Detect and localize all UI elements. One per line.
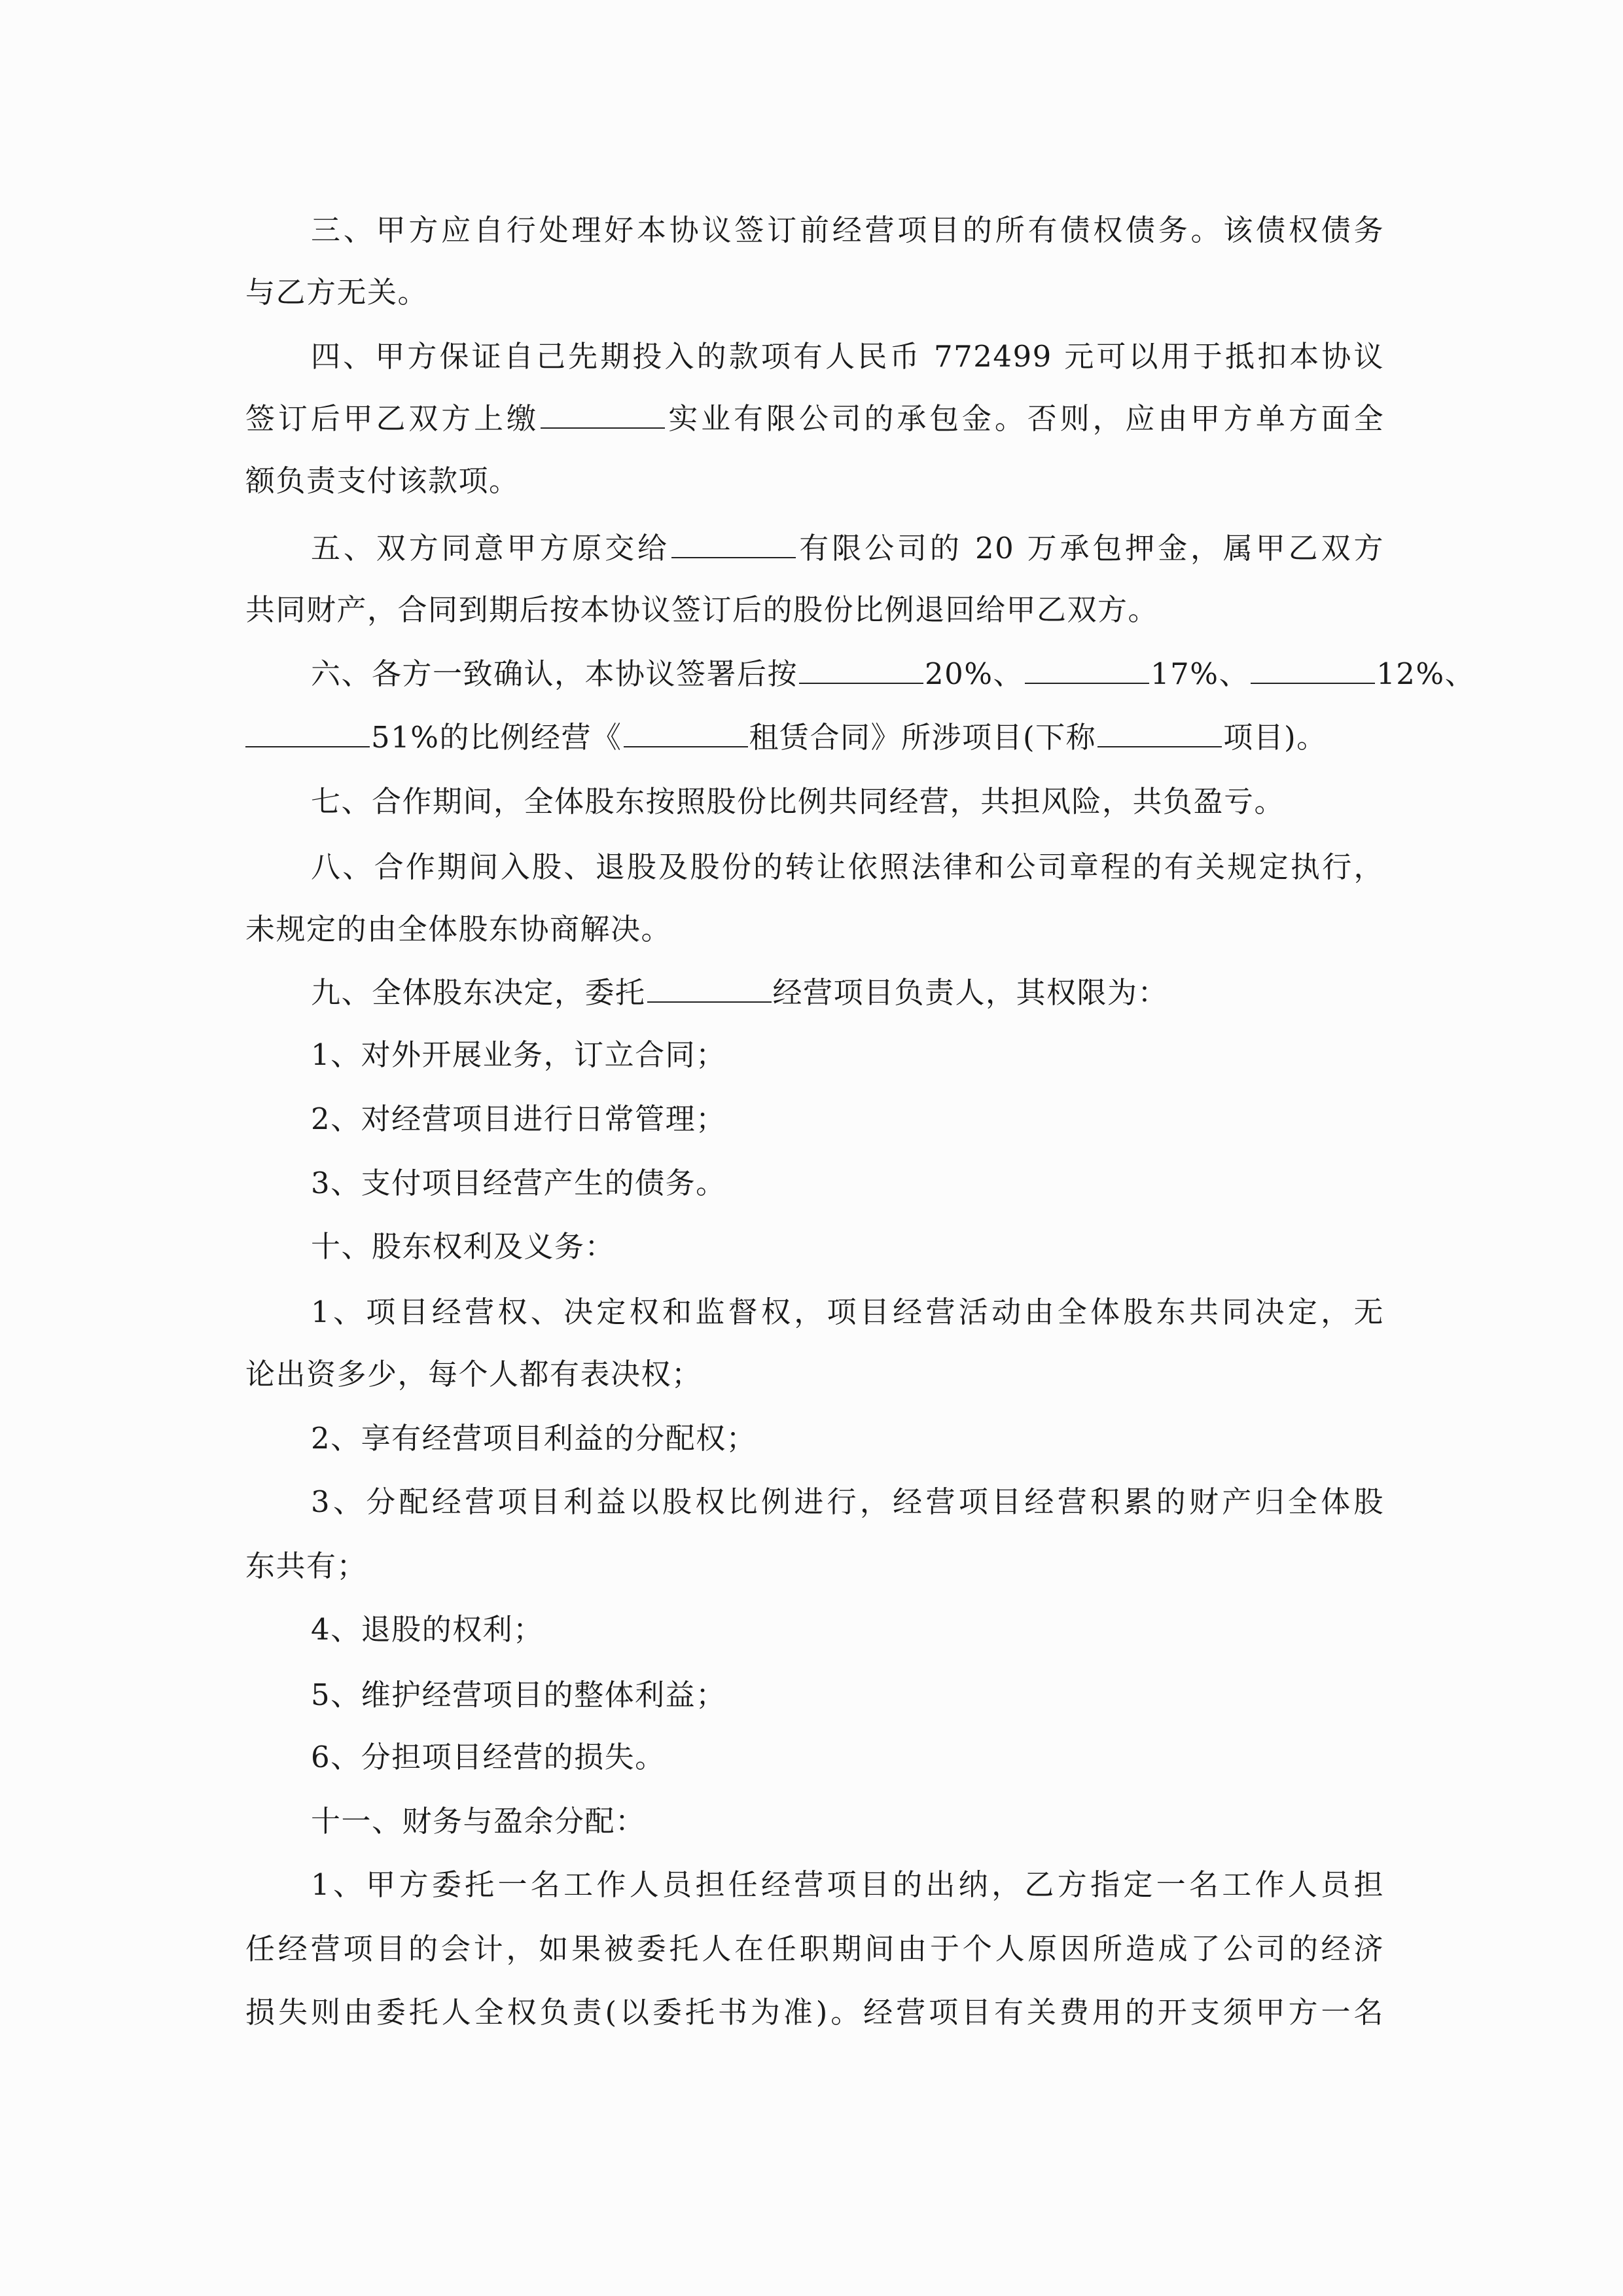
clause-6-prefix: 六、各方一致确认，本协议签署后按 (311, 656, 798, 691)
clause-10-item-5: 5、维护经营项目的整体利益； (311, 1672, 1384, 1718)
clause-6-line-1: 六、各方一致确认，本协议签署后按20%、17%、12%、 (311, 651, 1384, 697)
clause-10-heading: 十、股东权利及义务： (311, 1224, 1384, 1270)
clause-9-item-2: 2、对经营项目进行日常管理； (311, 1096, 1384, 1142)
clause-10-item-2: 2、享有经营项目利益的分配权； (311, 1416, 1384, 1462)
clause-8-line-1: 八、合作期间入股、退股及股份的转让依照法律和公司章程的有关规定执行， (311, 844, 1384, 890)
clause-9-item-1: 1、对外开展业务，订立合同； (311, 1032, 1384, 1078)
clause-10-item-4: 4、退股的权利； (311, 1607, 1384, 1653)
clause-9-text-before: 九、全体股东决定，委托 (311, 975, 646, 1010)
shareholder-2-blank[interactable] (1025, 656, 1149, 684)
clause-10-item-3-line-2: 东共有； (245, 1543, 1384, 1589)
lease-contract-blank[interactable] (624, 720, 748, 747)
clause-4-line-2: 签订后甲乙双方上缴实业有限公司的承包金。否则，应由甲方单方面全 (245, 396, 1384, 442)
clause-4-line-3: 额负责支付该款项。 (245, 458, 1384, 504)
shareholder-1-blank[interactable] (799, 656, 923, 684)
clause-10-item-3-line-1: 3、分配经营项目利益以股权比例进行，经营项目经营积累的财产归全体股 (311, 1479, 1384, 1525)
shareholder-3-blank[interactable] (1251, 656, 1375, 684)
clause-5-text-after: 有限公司的 20 万承包押金，属甲乙双方 (797, 531, 1384, 565)
company-name-blank[interactable] (671, 531, 796, 558)
share-3: 12%、 (1376, 656, 1475, 691)
clause-6-mid: 租赁合同》所涉项目(下称 (749, 720, 1097, 755)
clause-6-suffix: 项目)。 (1223, 720, 1327, 755)
clause-10-item-1-line-1: 1、项目经营权、决定权和监督权，项目经营活动由全体股东共同决定，无 (311, 1289, 1384, 1335)
clause-5-line-1: 五、双方同意甲方原交给有限公司的 20 万承包押金，属甲乙双方 (311, 526, 1384, 571)
clause-9-heading: 九、全体股东决定，委托经营项目负责人，其权限为： (311, 970, 1384, 1016)
clause-5-text-before: 五、双方同意甲方原交给 (311, 531, 670, 565)
clause-3-line-2: 与乙方无关。 (245, 270, 1384, 315)
clause-5-line-2: 共同财产，合同到期后按本协议签订后的股份比例退回给甲乙双方。 (245, 587, 1384, 633)
clause-11-heading: 十一、财务与盈余分配： (311, 1799, 1384, 1844)
project-name-blank[interactable] (1097, 720, 1222, 747)
clause-4-text-after: 实业有限公司的承包金。否则，应由甲方单方面全 (666, 401, 1384, 436)
clause-10-item-6: 6、分担项目经营的损失。 (311, 1734, 1384, 1780)
clause-8-line-2: 未规定的由全体股东协商解决。 (245, 906, 1384, 952)
clause-11-item-1-line-1: 1、甲方委托一名工作人员担任经营项目的出纳，乙方指定一名工作人员担 (311, 1862, 1384, 1908)
clause-7-line-1: 七、合作期间，全体股东按照股份比例共同经营，共担风险，共负盈亏。 (311, 779, 1384, 825)
clause-4-line-1: 四、甲方保证自己先期投入的款项有人民币 772499 元可以用于抵扣本协议 (311, 334, 1384, 380)
clause-6-line-2: 51%的比例经营《租赁合同》所涉项目(下称项目)。 (245, 715, 1384, 761)
company-name-blank[interactable] (541, 401, 665, 429)
share-4: 51%的比例经营《 (371, 720, 622, 755)
clause-11-item-1-line-3: 损失则由委托人全权负责(以委托书为准)。经营项目有关费用的开支须甲方一名 (245, 1990, 1384, 2036)
share-2: 17%、 (1150, 656, 1249, 691)
clause-4-text-before: 签订后甲乙双方上缴 (245, 401, 539, 436)
shareholder-4-blank[interactable] (245, 720, 370, 747)
clause-10-item-1-line-2: 论出资多少，每个人都有表决权； (245, 1352, 1384, 1397)
project-manager-blank[interactable] (647, 975, 772, 1003)
clause-3-line-1: 三、甲方应自行处理好本协议签订前经营项目的所有债权债务。该债权债务 (311, 207, 1384, 253)
document-page: 三、甲方应自行处理好本协议签订前经营项目的所有债权债务。该债权债务 与乙方无关。… (0, 0, 1623, 2296)
clause-9-item-3: 3、支付项目经营产生的债务。 (311, 1160, 1384, 1206)
share-1: 20%、 (925, 656, 1024, 691)
clause-9-text-after: 经营项目负责人，其权限为： (773, 975, 1169, 1010)
clause-11-item-1-line-2: 任经营项目的会计，如果被委托人在任职期间由于个人原因所造成了公司的经济 (245, 1926, 1384, 1972)
